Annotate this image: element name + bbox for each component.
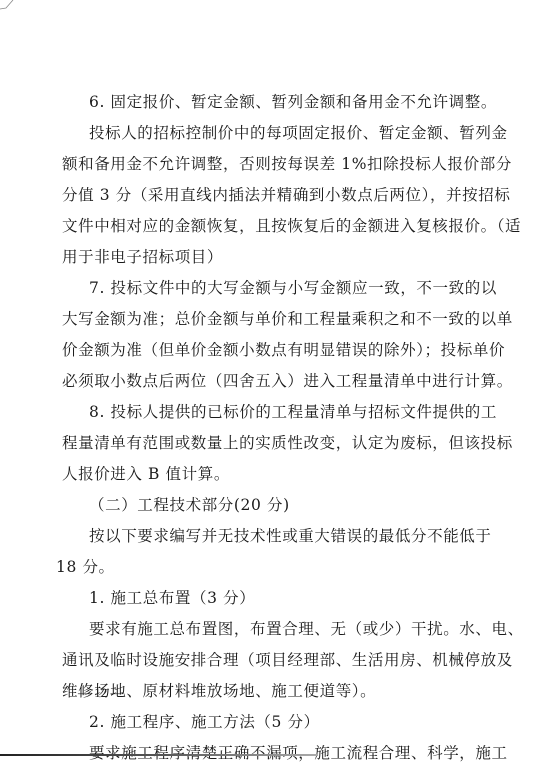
paragraph-line: 按以下要求编写并无技术性或重大错误的最低分不能低于 — [89, 526, 489, 546]
item-6-heading: 6. 固定报价、暂定金额、暂列金额和备用金不允许调整。 — [89, 92, 489, 112]
section-heading: （二）工程技术部分(20 分) — [89, 495, 489, 515]
paragraph-line: 文件中相对应的金额恢复，且按恢复后的金额进入复核报价。（适 — [62, 216, 462, 236]
paragraph-line: 大写金额为准；总价金额与单价和工程量乘积之和不一致的以单 — [62, 309, 462, 329]
corner-tick-mark — [0, 0, 14, 10]
paragraph-line: 程量清单有范围或数量上的实质性改变，认定为废标，但该投标 — [62, 433, 462, 453]
paragraph-line: 必须取小数点后两位（四舍五入）进入工程量清单中进行计算。 — [62, 371, 462, 391]
paragraph-line: 要求施工程序清楚正确不漏项，施工流程合理、科学，施工 — [89, 743, 489, 763]
page-number: — 12 — — [78, 685, 124, 701]
paragraph-line: 人报价进入 B 值计算。 — [62, 464, 462, 484]
subsection-heading: 2. 施工程序、施工方法（5 分） — [89, 712, 489, 732]
subsection-heading: 1. 施工总布置（3 分） — [89, 588, 489, 608]
paragraph-line: 通讯及临时设施安排合理（项目经理部、生活用房、机械停放及 — [62, 650, 462, 670]
paragraph-line: 投标人的招标控制价中的每项固定报价、暂定金额、暂列金 — [89, 123, 489, 143]
paragraph-line: 18 分。 — [56, 557, 456, 577]
paragraph-line: 要求有施工总布置图，布置合理、无（或少）干扰。水、电、 — [89, 619, 489, 639]
paragraph-line: 额和备用金不允许调整，否则按每误差 1%扣除投标人报价部分 — [62, 154, 462, 174]
paragraph-line: 分值 3 分（采用直线内插法并精确到小数点后两位），并按招标 — [62, 185, 462, 205]
item-7-paragraph: 7. 投标文件中的大写金额与小写金额应一致，不一致的以 — [89, 278, 489, 298]
bottom-rule — [0, 754, 318, 756]
paragraph-line: 价金额为准（但单价金额小数点有明显错误的除外）；投标单价 — [62, 340, 462, 360]
item-8-paragraph: 8. 投标人提供的已标价的工程量清单与招标文件提供的工 — [89, 402, 489, 422]
document-page: 6. 固定报价、暂定金额、暂列金额和备用金不允许调整。 投标人的招标控制价中的每… — [0, 0, 552, 781]
paragraph-line: 用于非电子招标项目） — [62, 247, 462, 267]
